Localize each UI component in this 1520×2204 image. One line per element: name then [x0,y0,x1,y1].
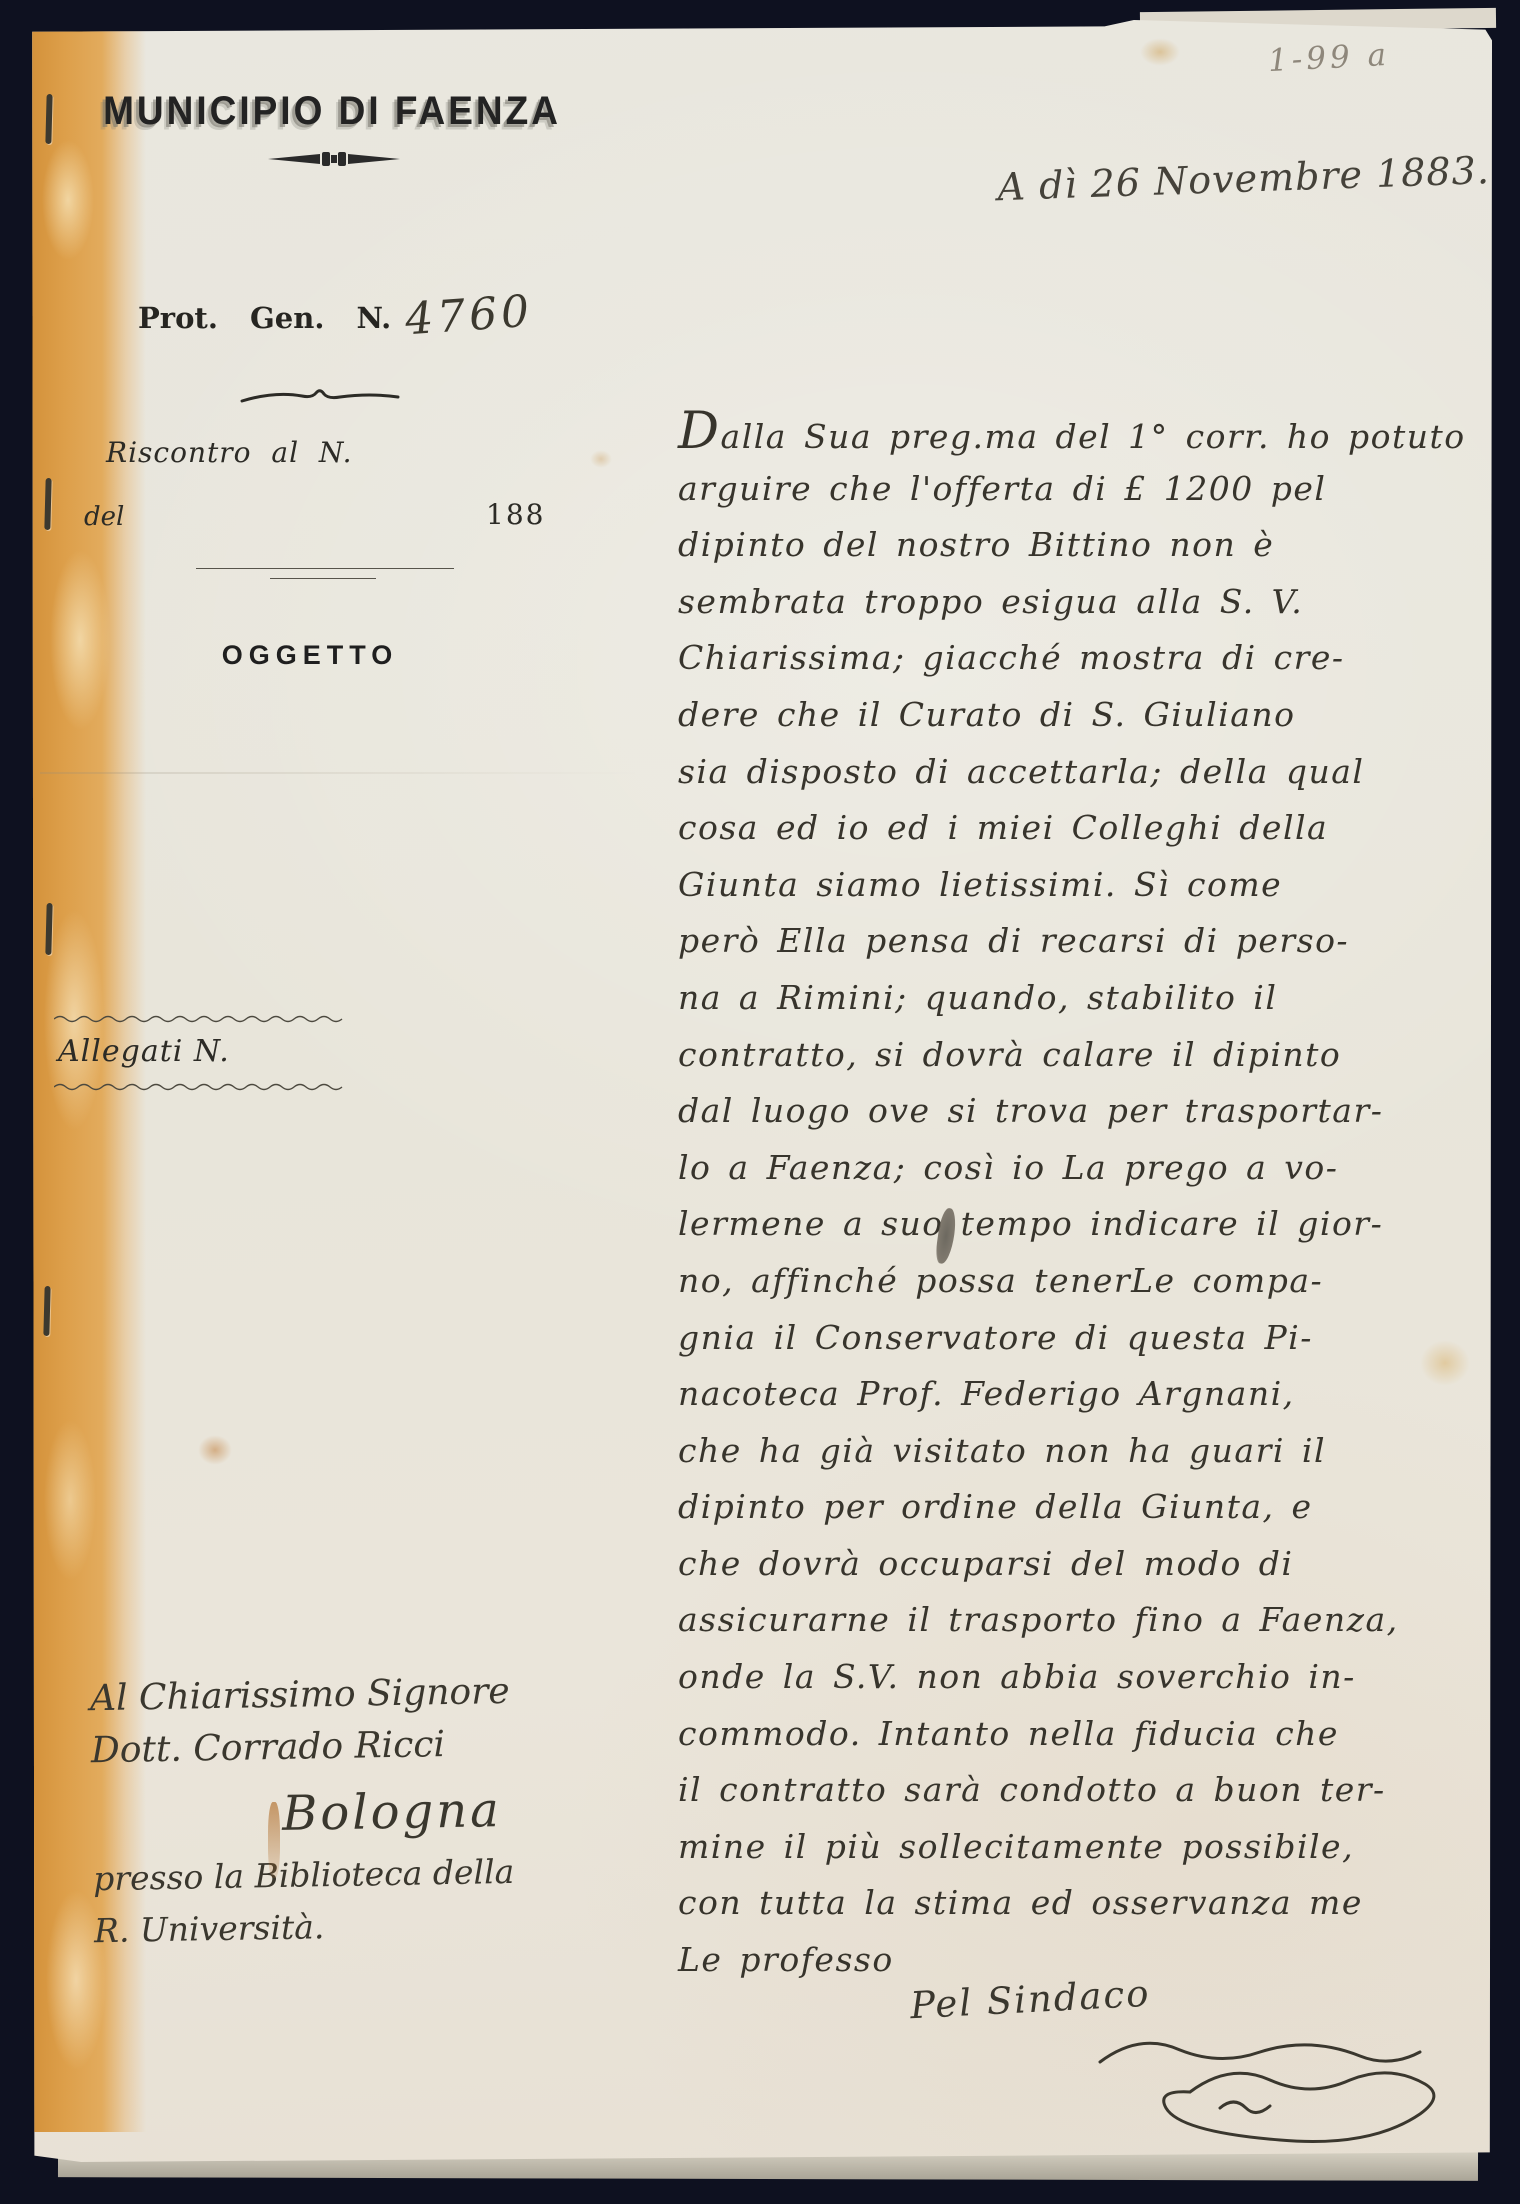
address-line: Dott. Corrado Ricci [90,1715,691,1777]
letter-body-line: assicurarne il trasporto fino a Faenza, [678,1592,1478,1649]
letter-body-line: che dovrà occuparsi del modo di [678,1536,1478,1593]
oggetto-label: OGGETTO [210,640,410,671]
letter-page: MUNICIPIO DI FAENZA Prot. Gen. N.4760 Ri… [30,20,1492,2162]
scanned-letter-photo: { "annotations": { "pencil_note": "1-99 … [0,0,1520,2204]
stain [198,1435,232,1465]
allegati-label: Allegati N. [58,1034,230,1069]
letter-body-line: dere che il Curato di S. Giuliano [678,687,1478,744]
wavy-rule [54,1014,344,1024]
year-prefix: 188 [486,498,545,531]
del-label: del [84,502,124,532]
protocol-flourish [240,386,400,406]
letter-body: Dalla Sua preg.ma del 1° corr. ho potuto… [678,404,1478,1989]
letterhead-ornament [268,146,400,172]
letter-body-line: contratto, si dovrà calare il dipinto [678,1027,1478,1084]
stain [1140,38,1180,66]
letter-body-line: lermene a suo tempo indicare il gior- [678,1196,1478,1253]
address-line: R. Università. [94,1895,695,1957]
letter-body-line: sia disposto di accettarla; della qual [678,744,1478,801]
letter-body-line: dal luogo ove si trova per trasportar- [678,1083,1478,1140]
archive-pencil-note: 1-99 a [1267,37,1391,79]
letter-body-line: il contratto sarà condotto a buon ter- [678,1762,1478,1819]
letter-body-line: no, affinché possa tenerLe compa- [678,1253,1478,1310]
letter-body-line: commodo. Intanto nella fiducia che [678,1706,1478,1763]
letter-body-line: na a Rimini; quando, stabilito il [678,970,1478,1027]
letterhead-title: MUNICIPIO DI FAENZA [82,88,582,133]
recipient-address: Al Chiarissimo SignoreDott. Corrado Ricc… [90,1663,695,1957]
letter-body-line: con tutta la stima ed osservanza me [678,1875,1478,1932]
protocol-line: Prot. Gen. N.4760 [138,288,533,339]
letter-body-line: Dalla Sua preg.ma del 1° corr. ho potuto [678,404,1478,461]
letter-body-line: onde la S.V. non abbia soverchio in- [678,1649,1478,1706]
letter-body-line: dipinto per ordine della Giunta, e [678,1479,1478,1536]
letter-body-line: che ha già visitato non ha guari il [678,1423,1478,1480]
address-line: Bologna [282,1781,693,1840]
signature-flourish [1070,2022,1450,2152]
letter-body-line: sembrata troppo esigua alla S. V. [678,574,1478,631]
letter-body-line: Chiarissima; giacché mostra di cre- [678,630,1478,687]
letter-body-line: lo a Faenza; così io La prego a vo- [678,1140,1478,1197]
letter-body-line: Giunta siamo lietissimi. Sì come [678,857,1478,914]
protocol-label: Prot. Gen. N. [138,301,391,335]
letter-body-line: cosa ed io ed i miei Colleghi della [678,800,1478,857]
paper-crease [40,772,640,774]
riscontro-label: Riscontro al N. [106,436,353,469]
rule-line [270,578,376,579]
letter-body-line: gnia il Conservatore di questa Pi- [678,1310,1478,1367]
stain [590,450,612,468]
letter-body-line: nacoteca Prof. Federigo Argnani, [678,1366,1478,1423]
letter-body-line: arguire che l'offerta di £ 1200 pel [678,461,1478,518]
letter-body-line: dipinto del nostro Bittino non è [678,517,1478,574]
protocol-number: 4760 [404,286,535,346]
letter-body-line: mine il più sollecitamente possibile, [678,1819,1478,1876]
wavy-rule [54,1082,344,1092]
letter-body-line: però Ella pensa di recarsi di perso- [678,913,1478,970]
date-line: A dì 26 Novembre 1883. [689,148,1490,220]
rule-line [196,568,454,569]
